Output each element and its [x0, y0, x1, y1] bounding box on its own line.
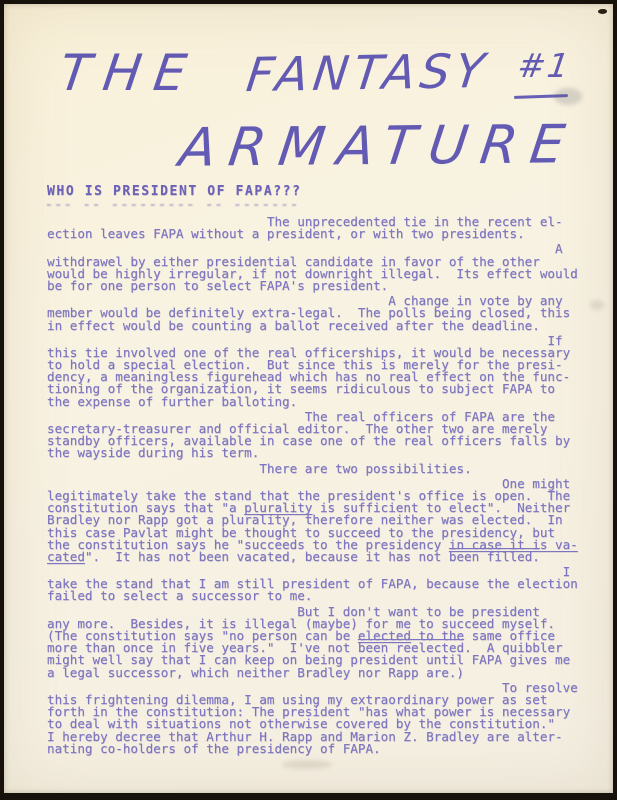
typed-line: failed to select a successor to me. — [47, 590, 593, 602]
heading-underline-ghost: --- -- --------- -- ------- — [45, 198, 300, 213]
paper: THE FANTASY #1 ARMATURE WHO IS PRESIDENT… — [4, 4, 613, 793]
article-heading: WHO IS PRESIDENT OF FAPA??? — [47, 184, 302, 199]
scanned-fanzine-page: { "masthead": { "title_word_1": "THE", "… — [0, 0, 617, 800]
article-body: The unprecedented tie in the recent el-e… — [47, 216, 593, 755]
typed-line: the wayside during his term. — [47, 447, 593, 459]
issue-number: #1 — [515, 46, 573, 85]
masthead-word-fantasy: FANTASY — [243, 44, 492, 103]
ink-speck-top-right — [598, 9, 607, 14]
typed-line: ection leaves FAPA without a president, … — [47, 228, 593, 240]
typed-line: nating co-holders of the presidency of F… — [47, 743, 593, 755]
typed-line: the expense of further balloting. — [47, 396, 593, 408]
ink-smudge-bottom — [282, 760, 332, 769]
masthead-word-armature: ARMATURE — [176, 114, 581, 178]
masthead-word-the: THE — [56, 44, 203, 102]
typed-line: There are two possibilities. — [47, 463, 593, 475]
typed-line: be for one person to select FAPA's presi… — [47, 280, 593, 292]
typed-line: cated". It has not been vacated, because… — [47, 551, 593, 563]
ink-smudge-right-edge — [554, 88, 582, 105]
typed-line: a legal successor, which neither Bradley… — [47, 667, 593, 679]
ink-smudge-mid-right — [590, 300, 604, 310]
typed-line: in effect would be counting a ballot rec… — [47, 320, 593, 332]
